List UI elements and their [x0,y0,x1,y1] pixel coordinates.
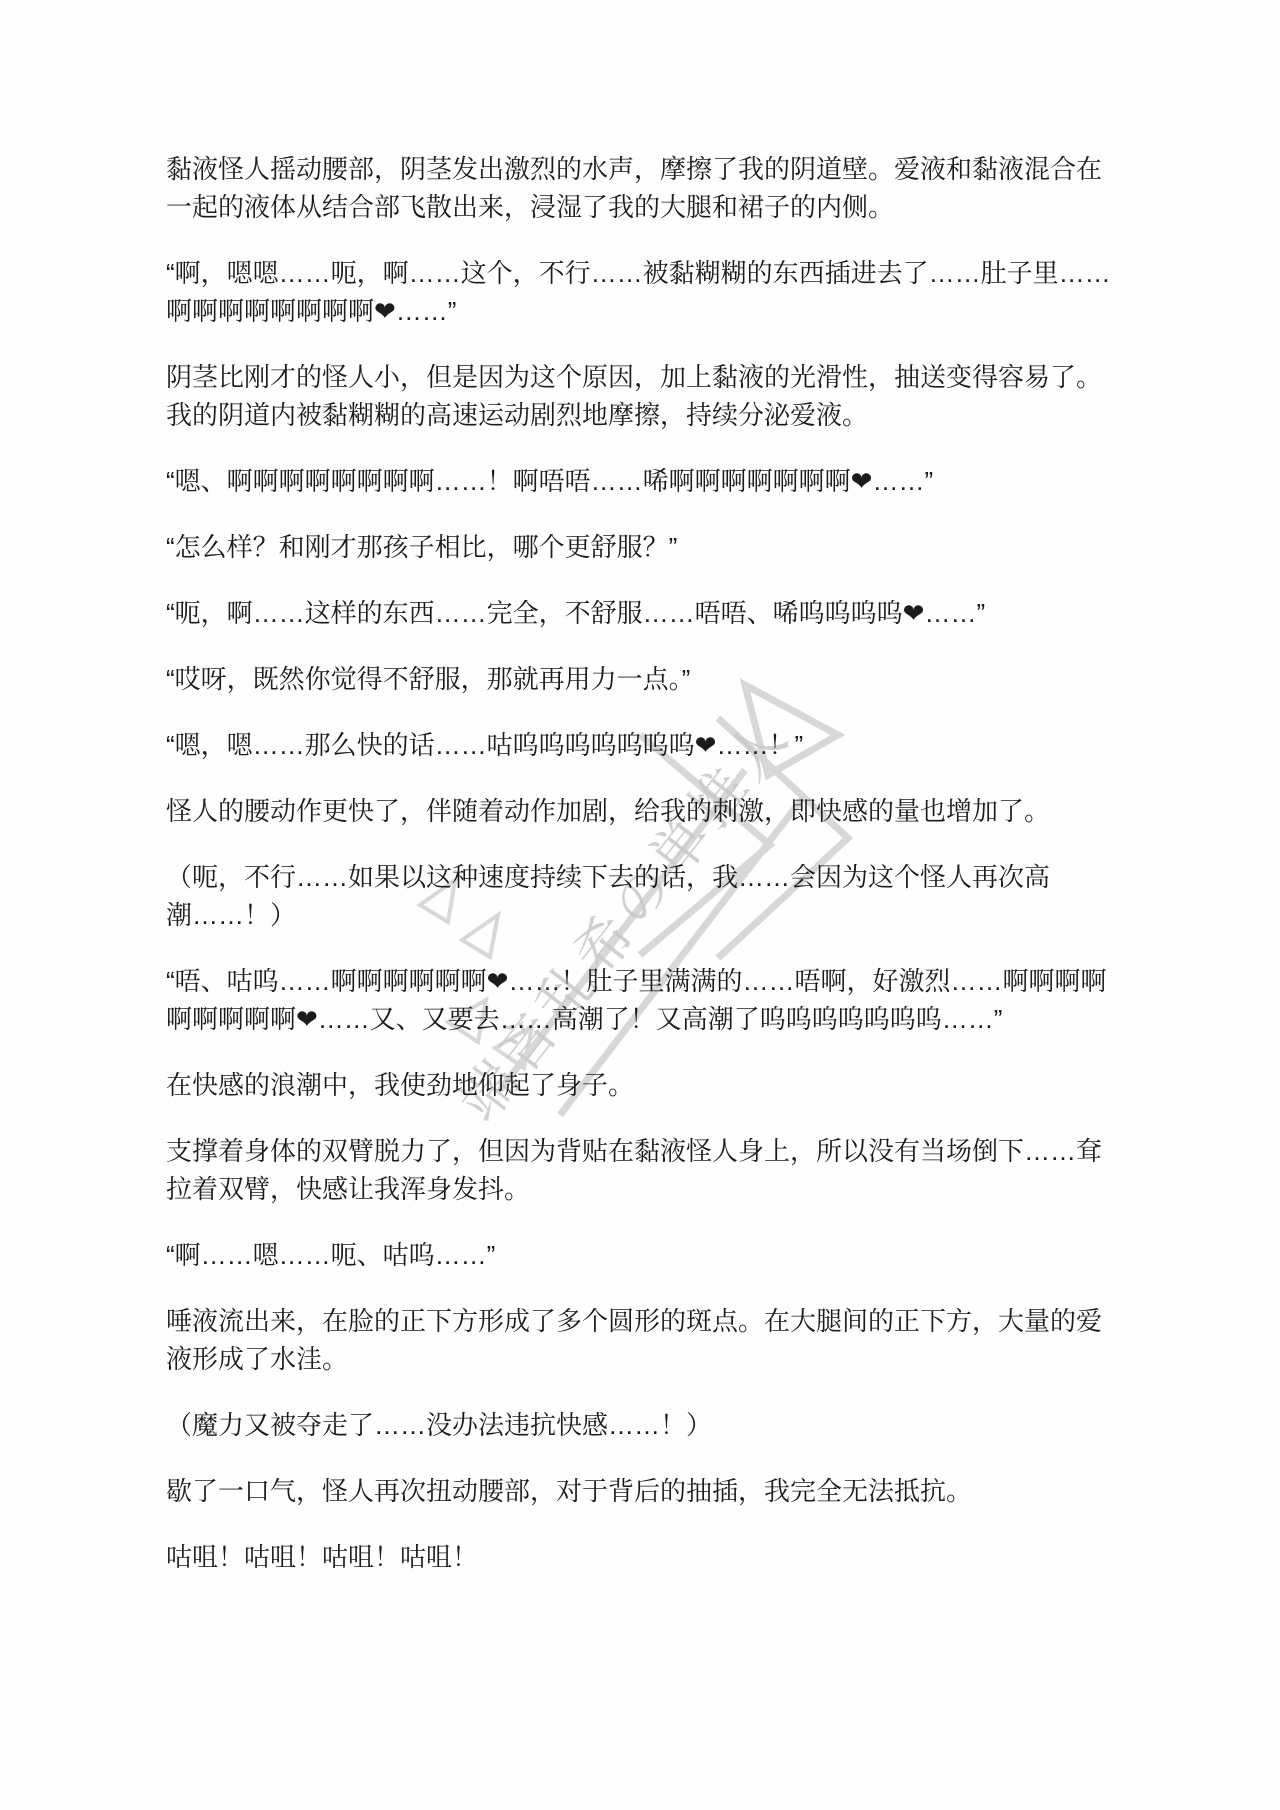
paragraph: “怎么样？和刚才那孩子相比，哪个更舒服？” [166,528,1116,566]
paragraph: “呃，啊……这样的东西……完全，不舒服……唔唔、唏呜呜呜呜❤……” [166,594,1116,632]
paragraph: “啊，嗯嗯……呃，啊……这个，不行……被黏糊糊的东西插进去了……肚子里……啊啊啊… [166,254,1116,330]
paragraph: 歇了一口气，怪人再次扭动腰部，对于背后的抽插，我完全无法抵抗。 [166,1472,1116,1510]
paragraph: 咕咀！咕咀！咕咀！咕咀！ [166,1538,1116,1576]
paragraph: 支撑着身体的双臂脱力了，但因为背贴在黏液怪人身上，所以没有当场倒下……耷拉着双臂… [166,1132,1116,1208]
paragraph: （呃，不行……如果以这种速度持续下去的话，我……会因为这个怪人再次高潮……！） [166,858,1116,934]
paragraph: 黏液怪人摇动腰部，阴茎发出激烈的水声，摩擦了我的阴道壁。爱液和黏液混合在一起的液… [166,150,1116,226]
paragraph: 唾液流出来，在脸的正下方形成了多个圆形的斑点。在大腿间的正下方，大量的爱液形成了… [166,1302,1116,1378]
paragraph: “嗯、啊啊啊啊啊啊啊啊……！啊唔唔……唏啊啊啊啊啊啊啊❤……” [166,462,1116,500]
paragraph: “啊……嗯……呃、咕呜……” [166,1236,1116,1274]
paragraph: “唔、咕呜……啊啊啊啊啊啊❤……！肚子里满满的……唔啊，好激烈……啊啊啊啊啊啊啊… [166,962,1116,1038]
document-page: 端音乱希の単推人 黏液怪人摇动腰部，阴茎发出激烈的水声，摩擦了我的阴道壁。爱液和… [0,0,1280,1810]
paragraph: 阴茎比刚才的怪人小，但是因为这个原因，加上黏液的光滑性，抽送变得容易了。我的阴道… [166,358,1116,434]
paragraph: （魔力又被夺走了……没办法违抗快感……！） [166,1406,1116,1444]
document-text-column: 黏液怪人摇动腰部，阴茎发出激烈的水声，摩擦了我的阴道壁。爱液和黏液混合在一起的液… [0,0,1280,1576]
paragraph: 在快感的浪潮中，我使劲地仰起了身子。 [166,1066,1116,1104]
paragraph: “哎呀，既然你觉得不舒服，那就再用力一点。” [166,660,1116,698]
paragraph: 怪人的腰动作更快了，伴随着动作加剧，给我的刺激，即快感的量也增加了。 [166,792,1116,830]
paragraph: “嗯，嗯……那么快的话……咕呜呜呜呜呜呜呜❤……！” [166,726,1116,764]
